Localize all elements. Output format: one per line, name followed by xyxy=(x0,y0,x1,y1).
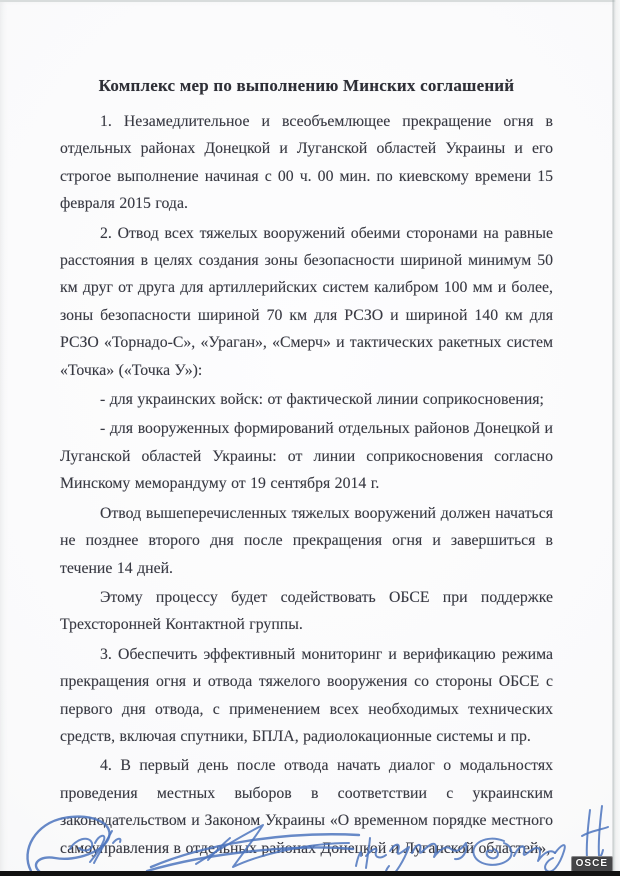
paragraph-5: Отвод вышеперечисленных тяжелых вооружен… xyxy=(60,500,553,582)
scanned-document-page: Комплекс мер по выполнению Минских согла… xyxy=(0,0,620,876)
paragraph-6: Этому процессу будет содействовать ОБСЕ … xyxy=(60,584,553,639)
paragraph-7: 3. Обеспечить эффективный мониторинг и в… xyxy=(60,641,553,751)
paragraph-3: - для украинских войск: от фактической л… xyxy=(60,386,553,413)
paragraph-1: 1. Незамедлительное и всеобъемлющее прек… xyxy=(60,108,553,218)
paragraph-4: - для вооруженных формирований отдельных… xyxy=(60,415,553,497)
osce-watermark: OSCE xyxy=(571,856,613,872)
paragraph-8: 4. В первый день после отвода начать диа… xyxy=(60,752,553,862)
paragraph-2: 2. Отвод всех тяжелых вооружений обеими … xyxy=(60,220,553,384)
document-title: Комплекс мер по выполнению Минских согла… xyxy=(60,72,553,100)
document-text-block: Комплекс мер по выполнению Минских согла… xyxy=(0,0,620,876)
scan-bottom-edge xyxy=(0,871,620,876)
